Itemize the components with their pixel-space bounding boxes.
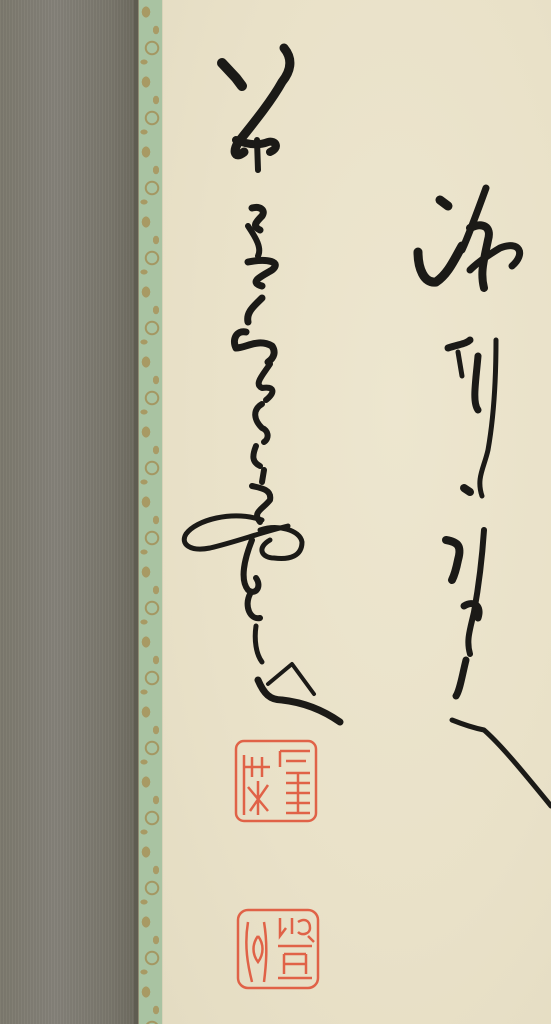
signature-column	[184, 48, 340, 722]
upper-seal	[232, 737, 320, 825]
calligraphy-ink	[0, 0, 551, 1024]
lower-seal	[234, 906, 322, 992]
main-column	[418, 188, 551, 806]
